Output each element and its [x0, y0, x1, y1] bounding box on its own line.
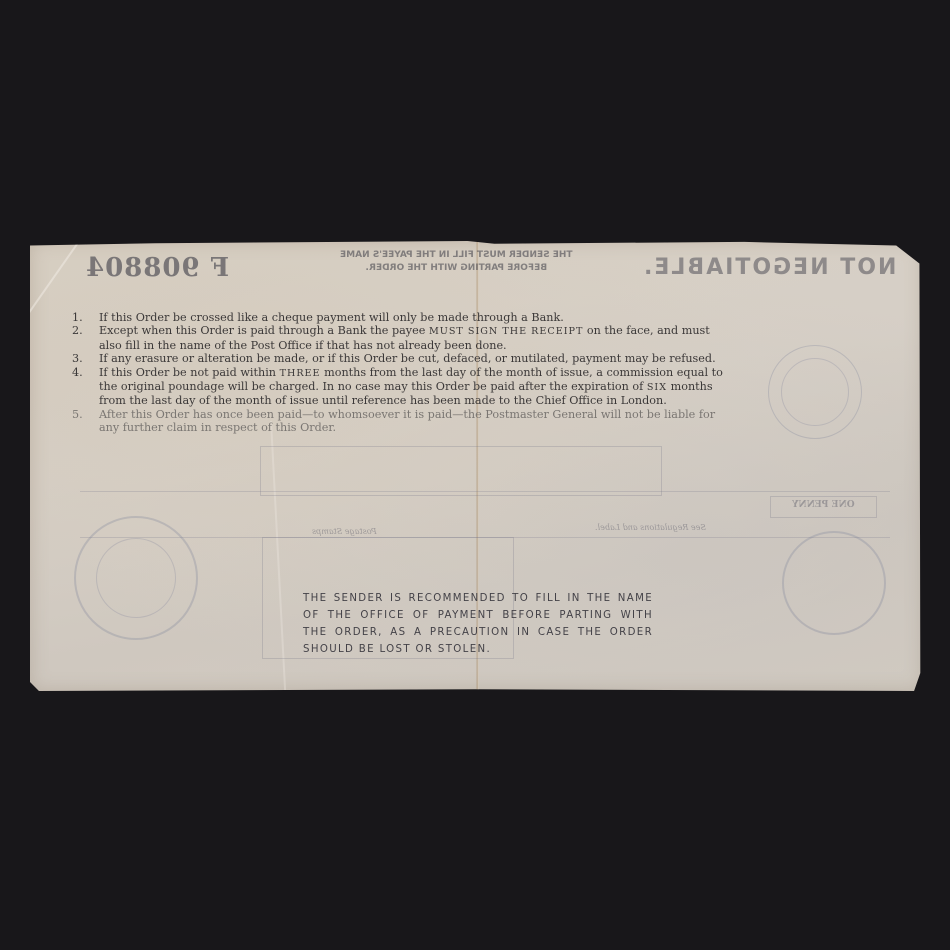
condition-item: 2. Except when this Order is paid throug… — [72, 324, 732, 352]
seal-inner-ring — [781, 358, 849, 426]
condition-text: If this Order be crossed like a cheque p… — [99, 311, 732, 324]
postmark-stamp-right — [782, 531, 886, 635]
condition-text: If any erasure or alteration be made, or… — [99, 352, 732, 365]
condition-item: 5. After this Order has once been paid—t… — [72, 408, 732, 435]
text-segment: If this Order be not paid within — [99, 366, 280, 379]
emphasis-text: MUST SIGN THE RECEIPT — [429, 326, 583, 337]
postmark-inner-ring — [96, 538, 176, 618]
sender-warning-line1: THE SENDER MUST FILL IN THE PAYEE'S NAME — [340, 249, 573, 262]
denomination-label: ONE PENNY — [792, 500, 855, 510]
condition-item: 3. If any erasure or alteration be made,… — [72, 352, 732, 365]
condition-item: 1. If this Order be crossed like a chequ… — [72, 311, 732, 324]
form-line — [80, 491, 890, 492]
sender-recommendation: THE SENDER IS RECOMMENDED TO FILL IN THE… — [303, 590, 653, 658]
condition-text: After this Order has once been paid—to w… — [99, 408, 732, 435]
condition-number: 3. — [72, 352, 99, 365]
condition-number: 2. — [72, 324, 99, 352]
not-negotiable-showthrough: NOT NEGOTIABLE. — [642, 255, 896, 280]
emphasis-text: THREE — [280, 368, 321, 379]
emphasis-text: SIX — [647, 382, 667, 393]
condition-number: 5. — [72, 408, 99, 435]
sender-warning-showthrough: THE SENDER MUST FILL IN THE PAYEE'S NAME… — [340, 249, 573, 275]
text-segment: Except when this Order is paid through a… — [99, 324, 429, 337]
amount-box-showthrough — [260, 446, 662, 496]
conditions-list: 1. If this Order be crossed like a chequ… — [72, 311, 732, 435]
postmark-stamp-left — [74, 516, 198, 640]
serial-number-showthrough: F 908804 — [85, 253, 229, 283]
embossed-seal — [768, 345, 862, 439]
postal-order-reverse: F 908804 THE SENDER MUST FILL IN THE PAY… — [30, 241, 923, 691]
postage-stamps-label: Postage Stamps — [312, 527, 377, 536]
condition-number: 4. — [72, 366, 99, 408]
diagonal-crease — [0, 241, 80, 373]
sender-warning-line2: BEFORE PARTING WITH THE ORDER. — [340, 262, 573, 275]
condition-text: If this Order be not paid within THREE m… — [99, 366, 732, 408]
condition-item: 4. If this Order be not paid within THRE… — [72, 366, 732, 408]
condition-number: 1. — [72, 311, 99, 324]
regulations-label: See Regulations and Label. — [595, 523, 706, 532]
condition-text: Except when this Order is paid through a… — [99, 324, 732, 352]
